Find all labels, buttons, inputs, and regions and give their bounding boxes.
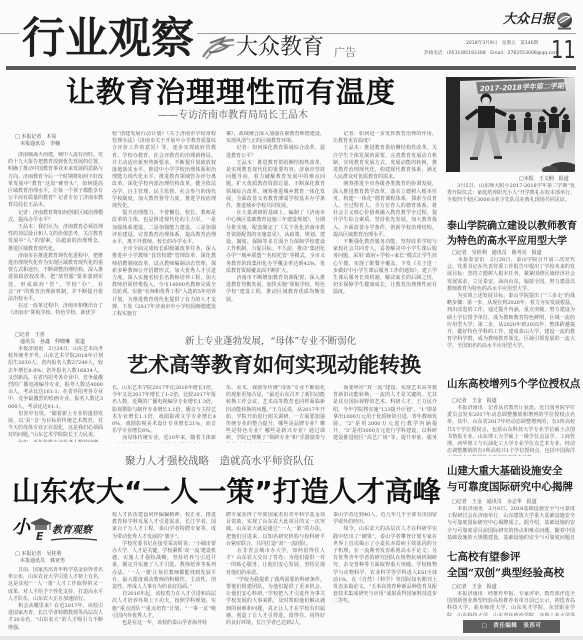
byline-correspondent: 本报通讯员 韩亚男 <box>15 558 65 565</box>
page-number: 11 <box>551 37 576 63</box>
sdau-article-column-3: 聘专家获得了年度国家杰出青年科学基金项目资助，实现了山东农大此项目的又一次突破。… <box>226 512 325 635</box>
lead-article-column-2: 校”创建发展行动计划》《关于济南市学校章程管理办法》《济南市关于开展中小学教育质… <box>112 131 216 330</box>
column-logo: 小 E 教育观察 <box>10 515 100 543</box>
brief-title-line: 全国“双创”典型经验高校 <box>447 565 577 581</box>
sdau-article-column-1: 日前，国家杰出青年科学基金获得者名单公布，山东农业大学引进人才榜上有名，这是该校… <box>8 567 103 635</box>
graduation-cap-icon: E <box>28 515 52 541</box>
contact-line: 热线电话：(0531)85193308 Email：2782553008@qq.… <box>424 51 558 57</box>
ad-label: 广告 <box>334 46 356 59</box>
photo-credit: □本报 王文桐 报道 <box>519 176 569 183</box>
brief-byline-sdjzu-center: □记者 王金 通讯员 余志华 报道 <box>452 499 537 506</box>
brand-swoosh-icon <box>200 35 236 61</box>
lead-article-title: 让教育治理理性而有温度 <box>66 75 396 109</box>
photo-caption: 3月5日，山东师大附小2017-2018学年第二学期“优秀开院仪式：家庭培养阳光… <box>447 183 575 213</box>
lead-article-subtitle: ——专访济南市教育局局长王品木 <box>158 110 308 122</box>
sdau-article-column-2: 校人才队伍建设同样偏偏精神，校正业，推进教育和学科发展人才引进需求，长江学者、国… <box>112 512 216 635</box>
brief-byline-taishan: □记者 吴桂利 通讯员 陈考亮 报道 <box>452 250 542 257</box>
byline-correspondent: 通讯员 孙鑫 仲晓琳 报道 <box>15 339 85 346</box>
brief-title-line: 山东高校增列5个学位授权点 <box>447 377 577 392</box>
sdau-article-kicker: 聚力人才强校战略 造就高水平师资队伍 <box>125 455 314 468</box>
issue-date-line: 2018年3月9日 星期五 第146期 <box>466 41 538 47</box>
brief-title-degree-points: 山东高校增列5个学位授权点 <box>447 377 577 392</box>
arts-article-title: 艺术高等教育如何实现动能转换 <box>127 351 421 379</box>
header-thick-rule <box>6 66 576 70</box>
news-photo: 2017-2018学年第二学期 <box>446 77 575 172</box>
byline-reporter: □ 本报记者 吴桂利 <box>15 551 65 558</box>
logo-underline-icon <box>50 537 98 542</box>
arts-article-kicker: 新上专业蓬勃发展，“母体”专业不断弱化 <box>185 336 356 348</box>
newspaper-emblem-icon <box>556 12 573 30</box>
brief-title-line: 山建大重大基础设施安全 <box>447 463 577 479</box>
brief-body-taishan: 本报泰安讯 2月28日，泰山学院召开第三次党代会。党委书记在代表党委工作报告中提… <box>447 257 575 365</box>
byline-reporter: □ 本报记者 木易 <box>15 134 60 141</box>
section-title: 行业观察 <box>19 13 197 65</box>
lead-article-column-1: 济南城战火而建，城中人流有而旺。党的十九大报告把教育放到优先发展的位置，明确了推… <box>8 152 103 330</box>
arts-article-column-1: 本报济南讯 2月24日，山东艺术高考校外统考开考。山东艺术学院2018年计划招生… <box>8 346 103 442</box>
sdau-article-column-4: 泰山学者达到40人，近几年几乎全部有出国留学或外的经历。 如今，山东农大的高层次… <box>333 512 437 635</box>
brief-body-innovation: 本报济南讯 经推荐申报、专家评审，教育部评选全国创新创业典型经验高校推荐名单日前… <box>447 591 575 616</box>
byline-correspondent: 本报通讯员 李楠 <box>15 141 60 148</box>
brief-body-sdjzu-center: 本报济南讯 3月8日，2018基础设施安全与可靠度工程研讨会在济南举行，山东建筑… <box>447 506 575 542</box>
brief-title-line: 泰山学院确立建设以教师教育 <box>447 220 577 235</box>
arts-article-column-3: 乐、美术、戏剧等传统“母体”专业不断弱化的现象更加凸显。“最近山东召开了新旧动能… <box>226 385 325 443</box>
column-logo-mark: E <box>36 530 44 541</box>
page-bottom-edge <box>0 636 583 640</box>
sdau-article-byline: □ 本报记者 吴桂利 本报通讯员 韩亚男 <box>15 551 65 565</box>
arts-article-column-4: 而要呼应“双一流”建设，实现艺术高等教育新旧动能转换，一流的人才是关键的。尤其是… <box>333 385 437 443</box>
brief-title-innovation: 七高校有望参评 全国“双创”典型经验高校 <box>447 549 577 581</box>
editor-credit-bar: □ 责任编辑 张西可 <box>463 620 560 633</box>
brief-title-line: 为特色的高水平应用型大学 <box>447 235 577 250</box>
brand-name: 大众教育 <box>236 35 328 61</box>
lead-article-column-4: 记者：如何进一步发挥教育治理的作用，让教育更有温度？ 王品木：推进教育供给侧结构… <box>333 131 437 330</box>
brief-title-taishan: 泰山学院确立建设以教师教育 为特色的高水平应用型大学 <box>447 220 577 249</box>
brief-title-line: 七高校有望参评 <box>447 549 577 565</box>
column-logo-name: 教育观察 <box>52 525 92 537</box>
brief-byline-degree-points: □记者 王金 报道 <box>452 398 497 405</box>
brief-byline-innovation: □记者 王金 报道 <box>452 584 497 591</box>
lead-article-column-3: 案》，政域统合深入加强在职教育师德建设，实现风清气正的区域教育环境。 记者：如何… <box>226 131 325 330</box>
lead-article-byline: □ 本报记者 木易 本报通讯员 李楠 <box>15 134 60 148</box>
newspaper-logo: 大众日报 <box>503 12 555 28</box>
brief-body-degree-points: 本报济南讯 记者从省教育厅获悉，近日国务院学位委员会发布2017年动态调整撤销和… <box>447 405 575 456</box>
byline-reporter: □记者 王喜 <box>15 332 85 339</box>
arts-article-byline: □记者 王喜 通讯员 孙鑫 仲晓琳 报道 <box>15 332 85 346</box>
sdau-article-title: 山东农大“一人一策”打造人才高峰 <box>12 475 441 509</box>
arts-article-column-2: 长。山东艺术学院2017年比2016年增长1倍，今年又比2017年增长了1-2倍… <box>112 385 216 443</box>
brief-title-sdjzu-center: 山建大重大基础设施安全 与可靠度国际研究中心揭牌 <box>447 463 577 495</box>
brief-title-line: 与可靠度国际研究中心揭牌 <box>447 479 577 495</box>
